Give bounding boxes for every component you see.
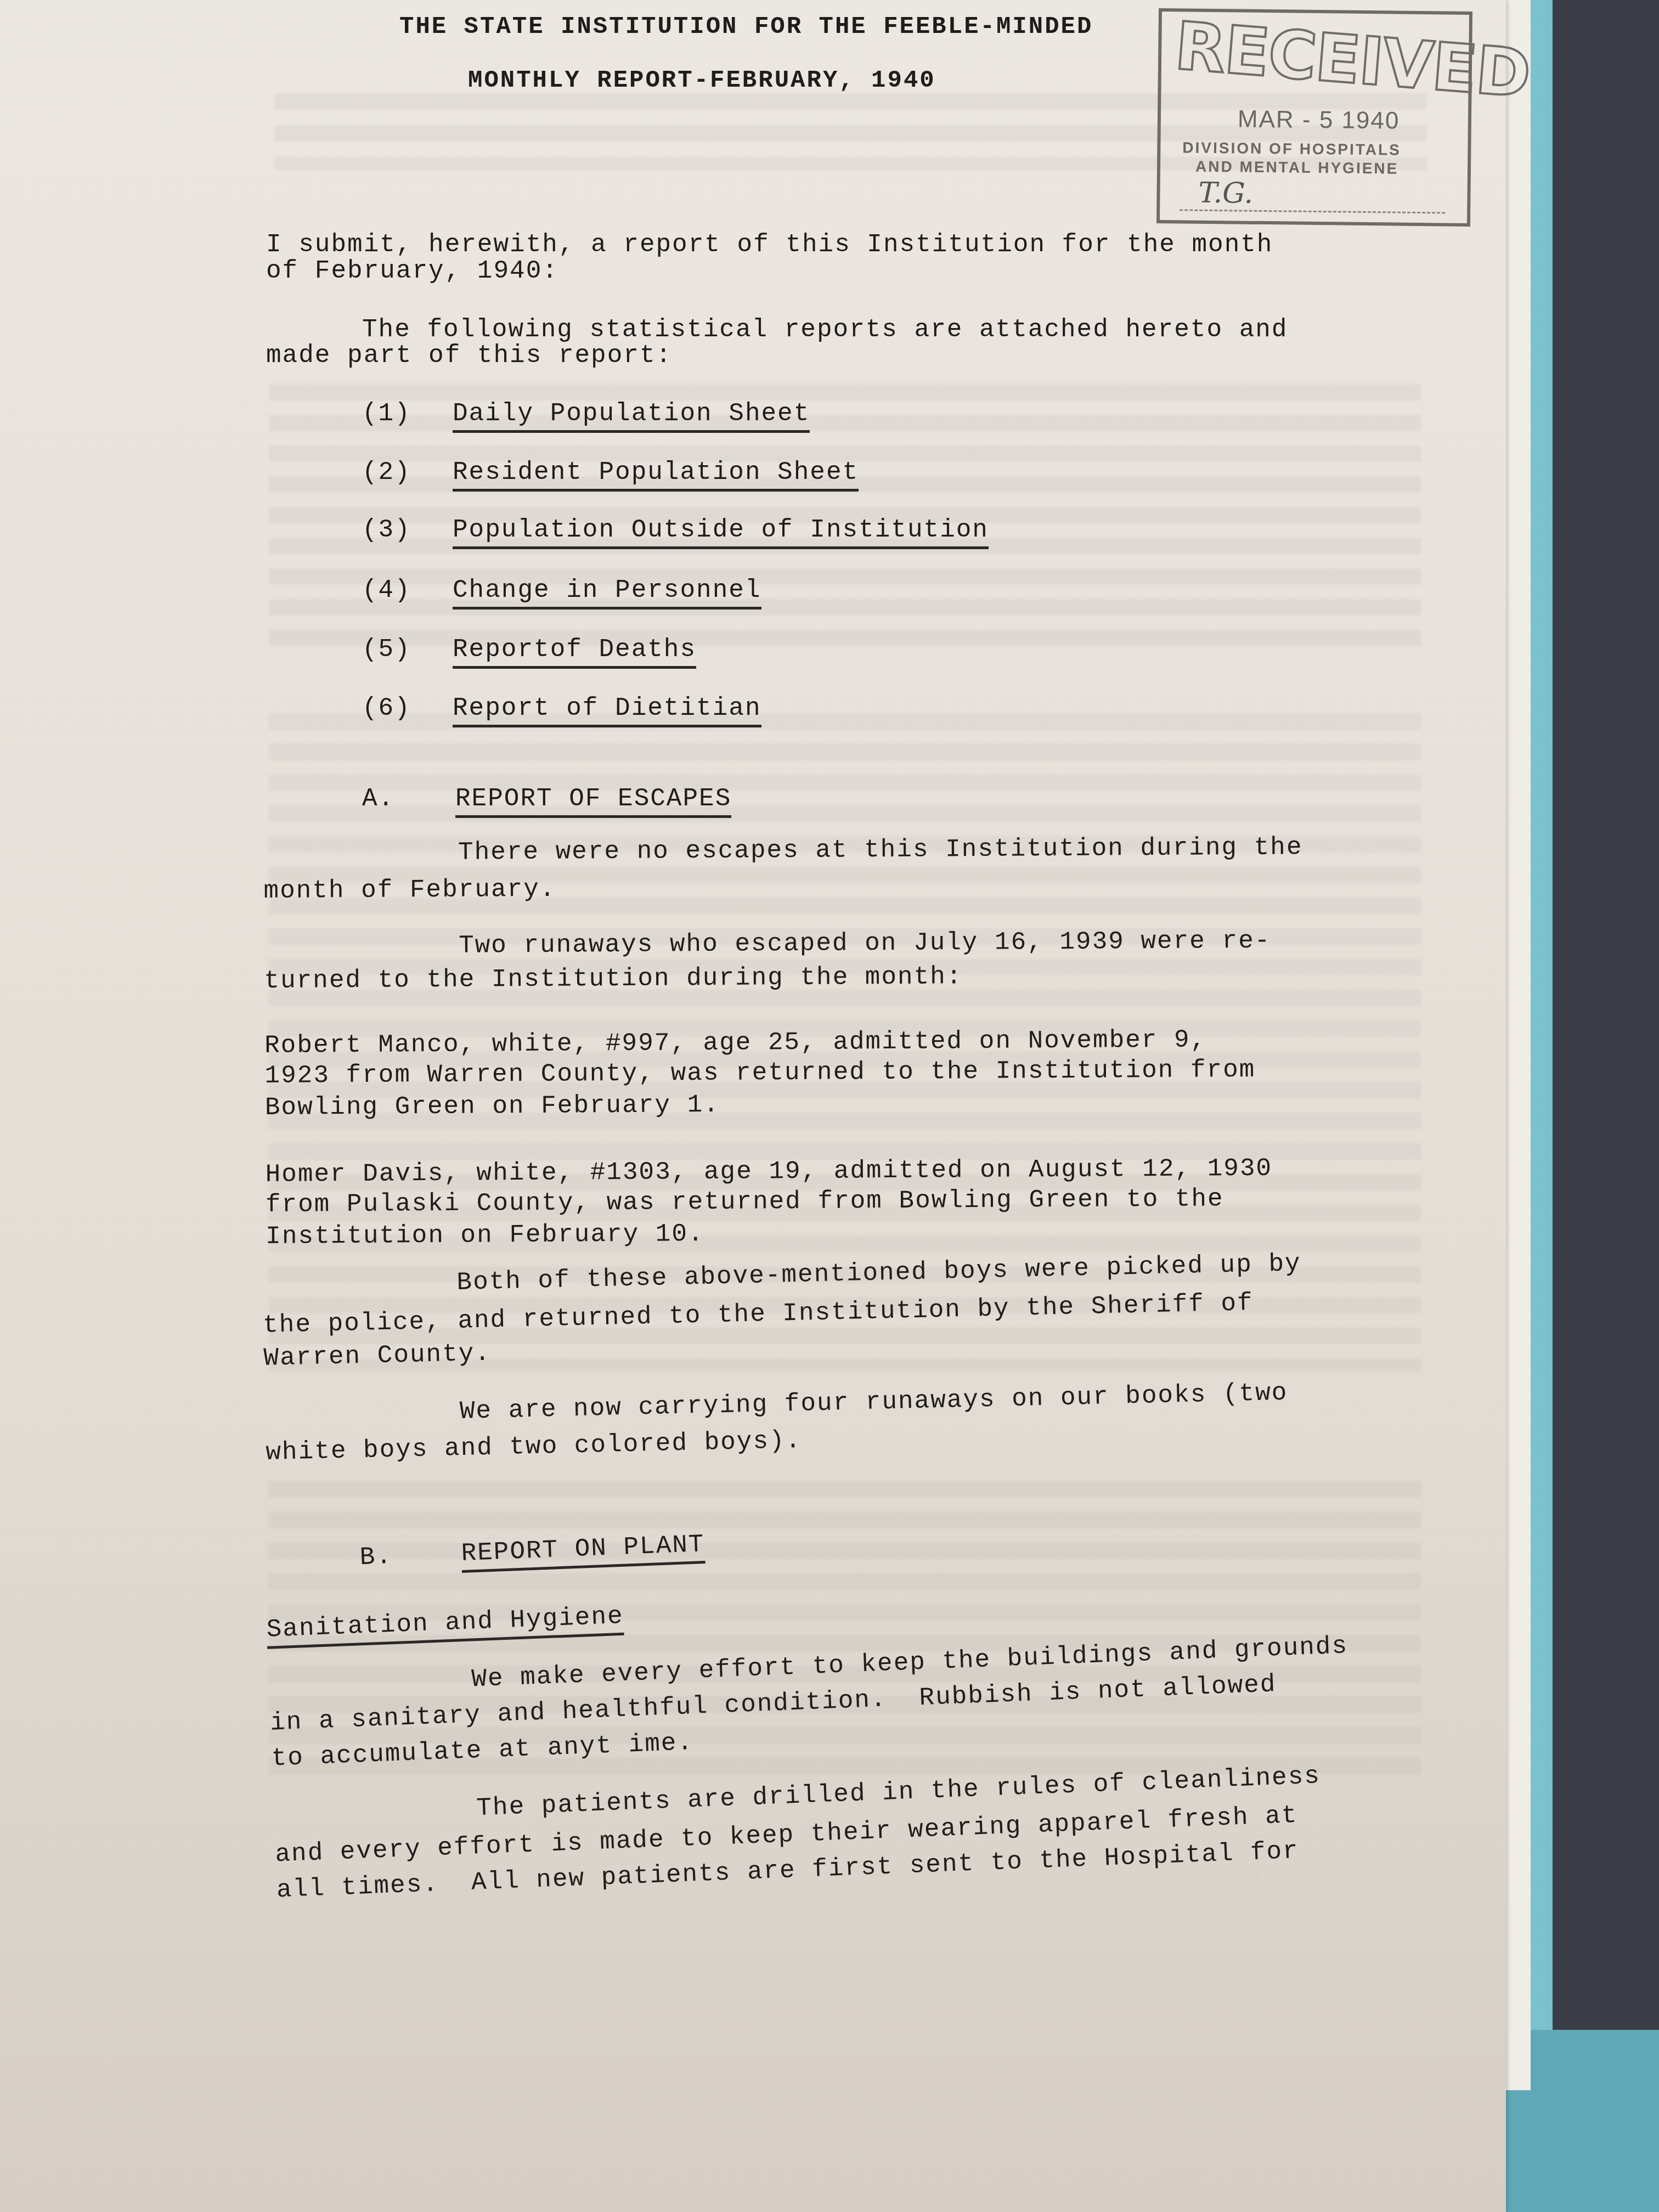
escapes-p2-line2: turned to the Institution during the mon…	[264, 962, 962, 995]
attachment-label: Resident Population Sheet	[453, 458, 859, 492]
escapes-p1-line2: month of February.	[263, 875, 556, 905]
document-page: THE STATE INSTITUTION FOR THE FEEBLE-MIN…	[0, 0, 1506, 2212]
runaway-1-line3: Bowling Green on February 1.	[265, 1091, 720, 1122]
stamp-signature-line	[1180, 209, 1445, 213]
attachment-number: (4)	[362, 576, 411, 605]
stamp-initials: T.G.	[1198, 177, 1253, 210]
attachments-intro-line-2: made part of this report:	[266, 341, 672, 370]
runaway-2-line2: from Pulaski County, was returned from B…	[266, 1184, 1224, 1219]
runaway-2-line3: Institution on February 10.	[266, 1220, 704, 1251]
section-a-letter: A.	[362, 785, 394, 813]
attachment-number: (5)	[362, 635, 411, 664]
section-a-title: REPORT OF ESCAPES	[455, 785, 731, 818]
attachment-label: Report of Dietitian	[453, 694, 761, 727]
stamp-division-line2: AND MENTAL HYGIENE	[1195, 158, 1399, 178]
attachment-label: Reportof Deaths	[453, 635, 696, 669]
escapes-p6-line1: We are now carrying four runaways on our…	[459, 1379, 1288, 1426]
report-title: MONTHLY REPORT-FEBRUARY, 1940	[468, 67, 936, 94]
escapes-p6-line2: white boys and two colored boys).	[266, 1426, 802, 1467]
stamp-title: RECEIVED	[1172, 8, 1533, 112]
attachments-intro-line-1: The following statistical reports are at…	[362, 315, 1288, 344]
attachment-number: (1)	[362, 399, 411, 428]
stamp-division-line1: DIVISION OF HOSPITALS	[1182, 139, 1401, 159]
runaway-1-line2: 1923 from Warren County, was returned to…	[264, 1056, 1255, 1090]
escapes-p5-line3: Warren County.	[263, 1339, 492, 1373]
attachment-label: Daily Population Sheet	[453, 399, 810, 433]
intro-line-2: of February, 1940:	[266, 257, 558, 285]
attachment-number: (2)	[362, 458, 411, 487]
dark-surface	[1553, 0, 1659, 2030]
runaway-1-line1: Robert Manco, white, #997, age 25, admit…	[264, 1026, 1206, 1060]
attachment-number: (3)	[362, 516, 411, 544]
intro-line-1: I submit, herewith, a report of this Ins…	[266, 230, 1273, 259]
escapes-p1-line1: There were no escapes at this Institutio…	[458, 833, 1303, 866]
section-b-letter: B.	[359, 1542, 393, 1572]
institution-heading: THE STATE INSTITUTION FOR THE FEEBLE-MIN…	[399, 13, 1093, 41]
attachment-label: Change in Personnel	[453, 576, 761, 610]
attachment-label: Population Outside of Institution	[453, 516, 989, 549]
stamp-date: MAR - 5 1940	[1238, 106, 1400, 135]
escapes-p2-line1: Two runaways who escaped on July 16, 193…	[459, 927, 1271, 960]
received-stamp: RECEIVED MAR - 5 1940 DIVISION OF HOSPIT…	[1156, 8, 1472, 227]
attachment-number: (6)	[362, 694, 411, 723]
